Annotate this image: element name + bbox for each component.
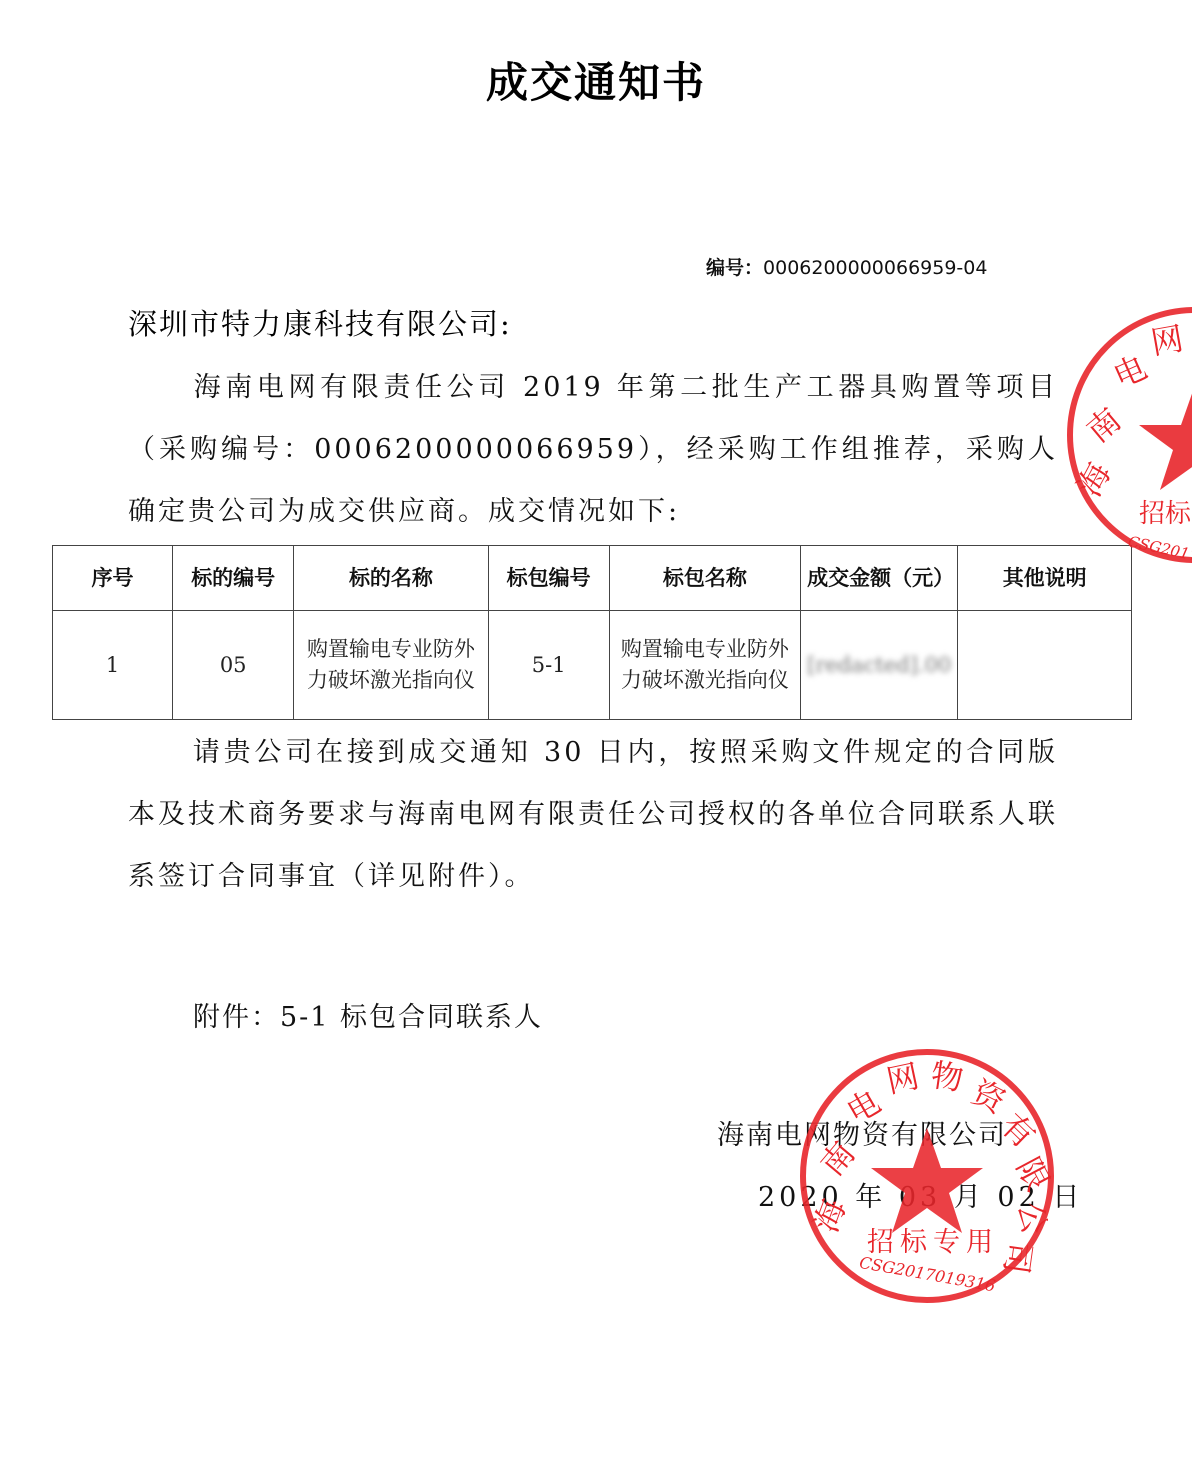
intro-paragraph-text: 海南电网有限责任公司 2019 年第二批生产工器具购置等项目（采购编号：0006… (128, 372, 1058, 527)
svg-text:南: 南 (1079, 400, 1128, 450)
svg-text:海: 海 (1070, 456, 1119, 502)
cell-item-no: 05 (173, 611, 294, 720)
cell-item-name: 购置输电专业防外力破坏激光指向仪 (294, 611, 488, 720)
award-table: 序号 标的编号 标的名称 标包编号 标包名称 成交金额（元） 其他说明 1 05… (52, 545, 1132, 720)
seal-bottom-code: CSG2017019316 (858, 1253, 997, 1296)
cell-package-name: 购置输电专业防外力破坏激光指向仪 (609, 611, 800, 720)
seal-bottom-center-text: 招标专用 (867, 1227, 999, 1258)
svg-text:电: 电 (1108, 348, 1153, 396)
header-item-name: 标的名称 (294, 546, 488, 611)
svg-text:物: 物 (929, 1056, 966, 1098)
cell-seq: 1 (53, 611, 173, 720)
seal-top-code: CSG2017019316 (1126, 532, 1192, 577)
document-number-value: 0006200000066959-04 (763, 257, 987, 279)
header-item-no: 标的编号 (173, 546, 294, 611)
header-package-name: 标包名称 (609, 546, 800, 611)
document-title: 成交通知书 (0, 50, 1192, 110)
cell-remarks (958, 611, 1132, 720)
amount-redacted: [redacted].00 (807, 653, 951, 677)
svg-text:司: 司 (997, 1239, 1039, 1276)
seal-icon: 海 南 电 网 物 招标专用 CSG2017019316 (1065, 300, 1192, 570)
instruction-paragraph-text: 请贵公司在接到成交通知 30 日内，按照采购文件规定的合同版本及技术商务要求与海… (128, 737, 1058, 892)
document-number: 编号：0006200000066959-04 (706, 253, 987, 280)
instruction-paragraph: 请贵公司在接到成交通知 30 日内，按照采购文件规定的合同版本及技术商务要求与海… (128, 722, 1058, 908)
cell-package-no: 5-1 (488, 611, 609, 720)
recipient-name: 深圳市特力康科技有限公司: (128, 302, 512, 343)
attachment-note: 附件：5-1 标包合同联系人 (193, 995, 543, 1034)
table-row: 1 05 购置输电专业防外力破坏激光指向仪 5-1 购置输电专业防外力破坏激光指… (53, 611, 1132, 720)
intro-paragraph: 海南电网有限责任公司 2019 年第二批生产工器具购置等项目（采购编号：0006… (128, 357, 1058, 543)
seal-top-center-text: 招标专用 (1139, 499, 1192, 529)
svg-text:网: 网 (883, 1057, 922, 1101)
official-seal-top: 海 南 电 网 物 招标专用 CSG2017019316 (1065, 300, 1192, 574)
header-package-no: 标包编号 (488, 546, 609, 611)
signature-date: 2020 年 03 月 02 日 (758, 1175, 1083, 1214)
document-number-label: 编号： (706, 257, 763, 279)
svg-text:网: 网 (1148, 319, 1186, 362)
cell-amount: [redacted].00 (801, 611, 958, 720)
signer-name: 海南电网物资有限公司 (717, 1113, 1007, 1152)
table-header-row: 序号 标的编号 标的名称 标包编号 标包名称 成交金额（元） 其他说明 (53, 546, 1132, 611)
header-seq: 序号 (53, 546, 173, 611)
header-amount: 成交金额（元） (801, 546, 958, 611)
header-remarks: 其他说明 (958, 546, 1132, 611)
